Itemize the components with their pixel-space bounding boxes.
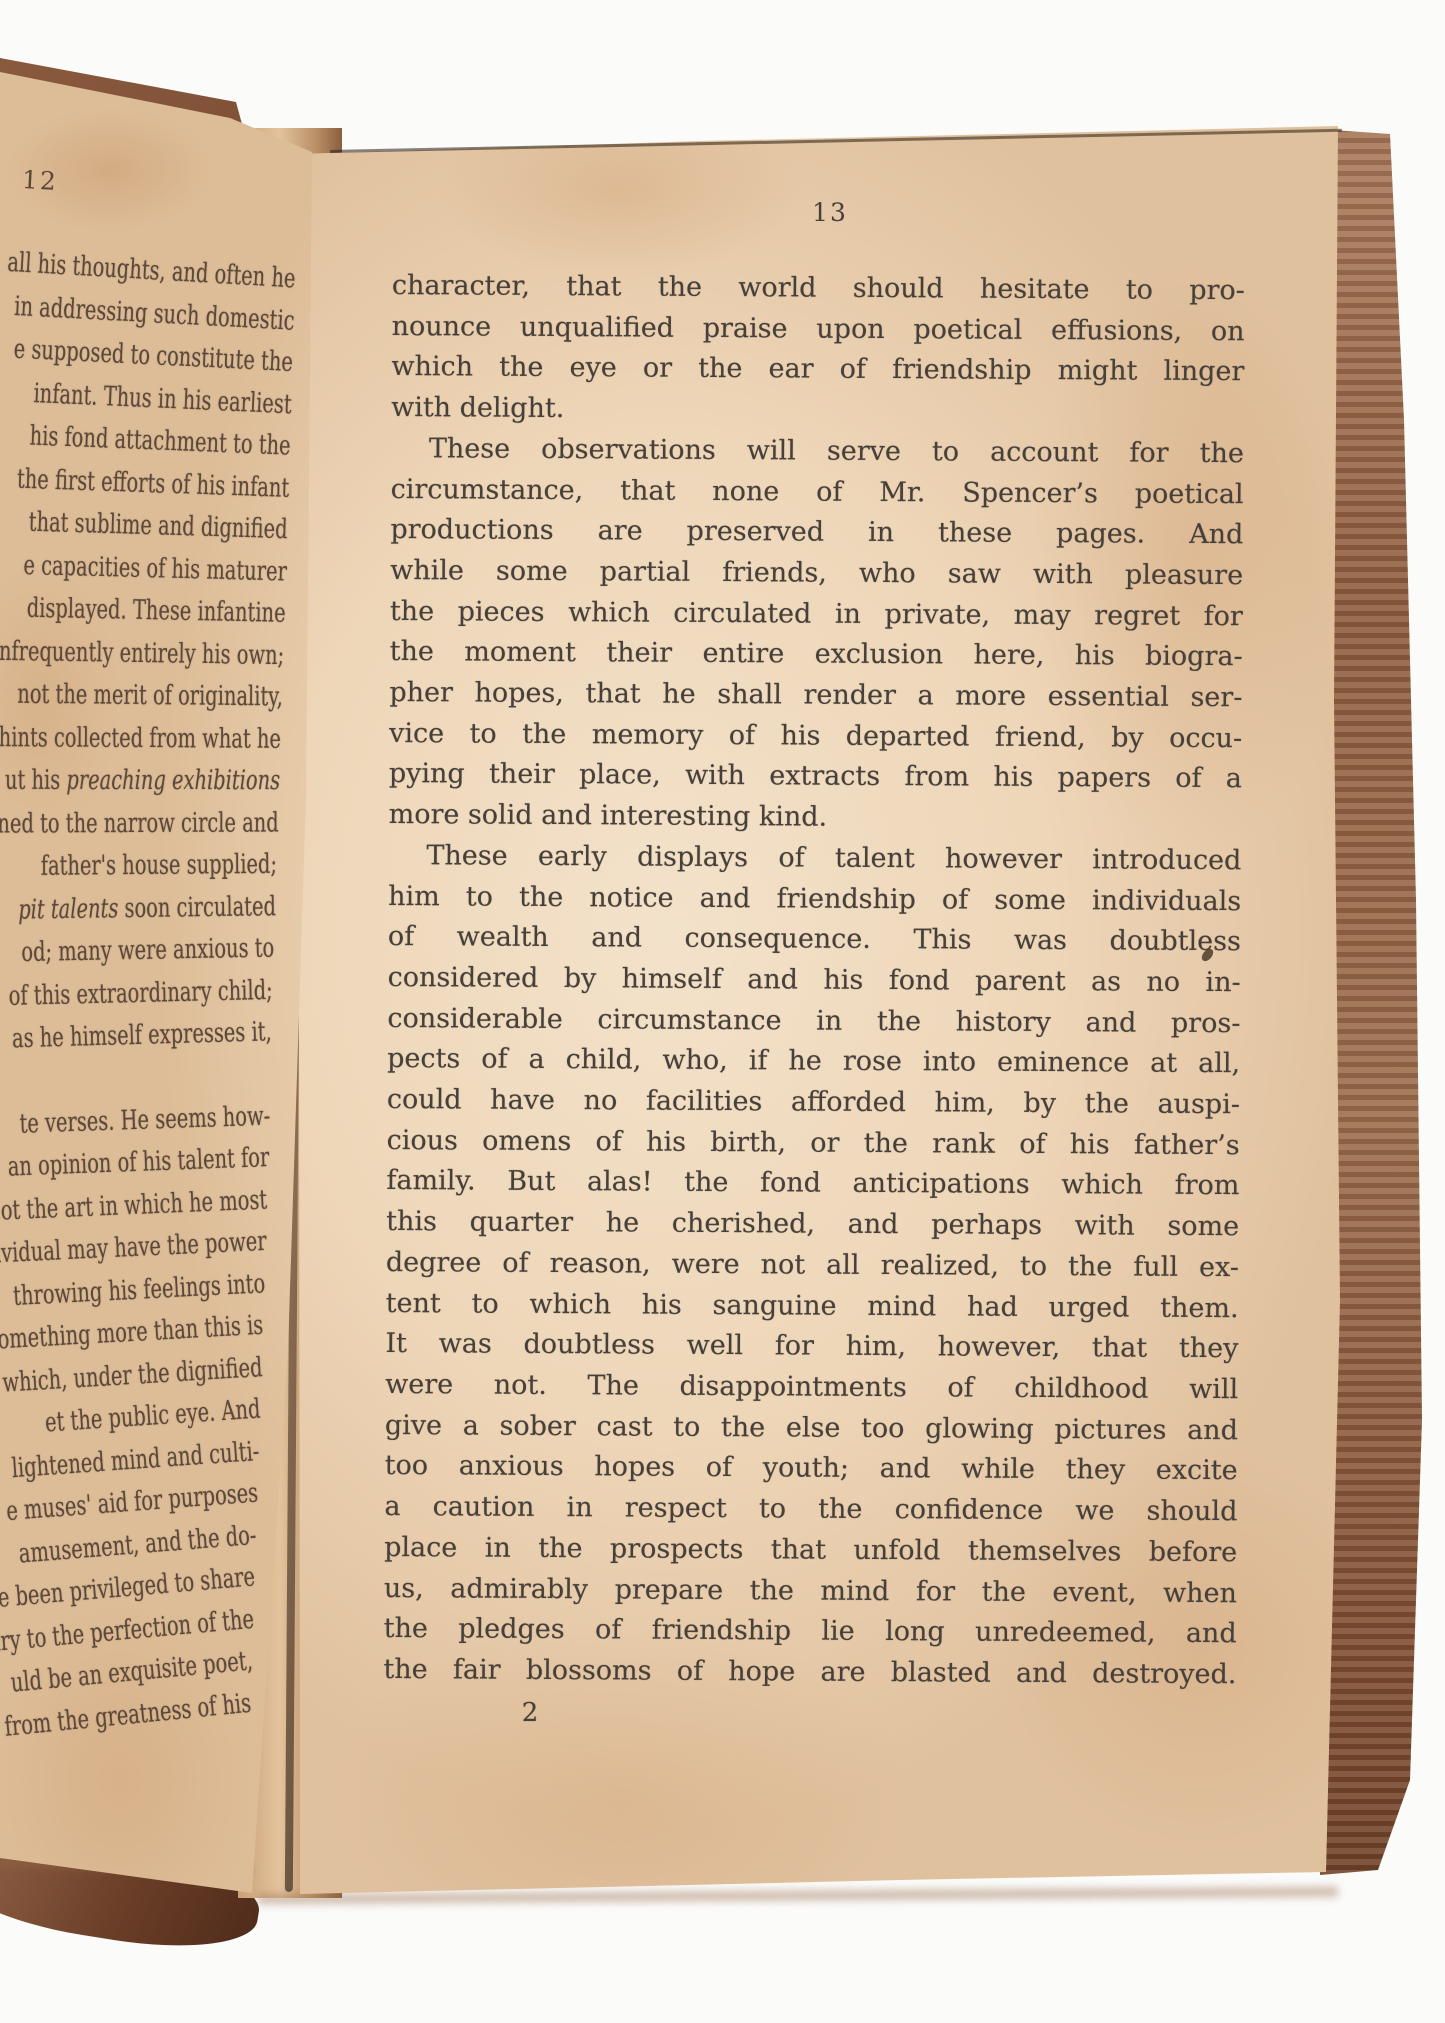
left-page-number: 12: [21, 165, 58, 196]
text-line: od; many were anxious to: [0, 928, 275, 975]
text-line: degree of reason, were not all realized,…: [386, 1243, 1239, 1289]
text-line: ut his preaching exhibitions: [0, 760, 280, 803]
text-line: not the merit of originality,: [0, 674, 283, 719]
text-line: pher hopes, that he shall render a more …: [389, 673, 1242, 719]
text-line: considered by himself and his fond paren…: [388, 958, 1241, 1004]
text-line: productions are preserved in these pages…: [390, 510, 1243, 556]
text-line: It was doubtless well for him, however, …: [385, 1324, 1238, 1370]
text-line: considerable circumstance in the history…: [387, 999, 1240, 1045]
text-line: nfrequently entirely his own;: [0, 630, 284, 677]
text-line: pects of a child, who, if he rose into e…: [387, 1039, 1240, 1085]
text-line: with delight.: [391, 388, 1244, 434]
text-line: of this extraordinary child;: [0, 969, 273, 1018]
text-line: that sublime and dignified: [0, 501, 288, 552]
text-line: vice to the memory of his departed frien…: [389, 714, 1242, 760]
text-line: pying their place, with extracts from hi…: [389, 754, 1242, 800]
text-line: too anxious hopes of youth; and while th…: [385, 1446, 1238, 1492]
text-line: tent to which his sanguine mind had urge…: [386, 1284, 1239, 1330]
text-line: a caution in respect to the confidence w…: [384, 1487, 1237, 1533]
text-line: the pledges of friendship lie long unred…: [384, 1609, 1237, 1655]
text-line: while some partial friends, who saw with…: [390, 551, 1243, 597]
text-line: pit talents soon circulated: [0, 886, 276, 932]
text-line: give a sober cast to the else too glowin…: [385, 1406, 1238, 1452]
text-line: family. But alas! the fond anticipations…: [386, 1161, 1239, 1207]
text-line: ned to the narrow circle and: [0, 802, 278, 846]
text-line: the moment their entire exclusion here, …: [390, 632, 1243, 678]
text-line: place in the prospects that unfold thems…: [384, 1528, 1237, 1574]
text-line: displayed. These infantine: [0, 587, 286, 635]
text-line: him to the notice and friendship of some…: [388, 877, 1241, 923]
text-line: this quarter he cherished, and perhaps w…: [386, 1202, 1239, 1248]
text-line: of wealth and consequence. This was doub…: [388, 917, 1241, 963]
text-line: which the eye or the ear of friendship m…: [391, 347, 1244, 393]
text-line: more solid and interesting kind.: [389, 795, 1242, 841]
book-photo: 13 character, that the world should hesi…: [0, 0, 1445, 2023]
text-line: father's house supplied;: [0, 844, 277, 889]
text-line: circumstance, that none of Mr. Spencer’s…: [391, 470, 1244, 516]
text-line: were not. The disappointments of childho…: [385, 1365, 1238, 1411]
right-page-number: 13: [785, 198, 875, 227]
text-line: cious omens of his birth, or the rank of…: [387, 1121, 1240, 1167]
left-page-body: all his thoughts, and often hein address…: [0, 250, 302, 1737]
text-line: the fair blossoms of hope are blasted an…: [383, 1650, 1236, 1696]
text-line: the pieces which circulated in private, …: [390, 592, 1243, 638]
text-line: These early displays of talent however i…: [388, 836, 1241, 882]
text-line: character, that the world should hesitat…: [392, 266, 1245, 312]
signature-mark: 2: [500, 1698, 560, 1728]
text-line: These observations will serve to account…: [391, 429, 1244, 475]
text-line: hints collected from what he: [0, 717, 281, 761]
text-line: nounce unqualified praise upon poetical …: [392, 307, 1245, 353]
text-line: us, admirably prepare the mind for the e…: [384, 1568, 1237, 1614]
text-line: e capacities of his maturer: [0, 544, 287, 594]
right-page-body: character, that the world should hesitat…: [383, 266, 1245, 1696]
text-line: as he himself expresses it,: [0, 1011, 272, 1061]
text-line: could have no facilities afforded him, b…: [387, 1080, 1240, 1126]
